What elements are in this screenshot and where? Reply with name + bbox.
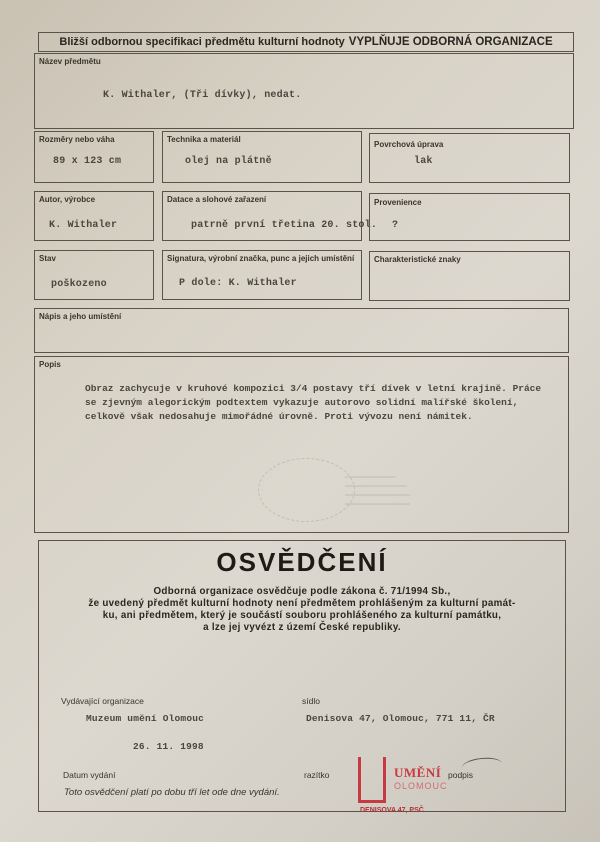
date-value: 26. 11. 1998 <box>133 741 204 752</box>
value-povrchova: lak <box>414 156 433 167</box>
label-rozmery: Rozměry nebo váha <box>39 135 115 144</box>
label-napis: Nápis a jeho umístění <box>39 312 121 321</box>
field-charakteristicke: Charakteristické znaky <box>369 251 570 301</box>
label-charakteristicke: Charakteristické znaky <box>374 255 461 264</box>
label-datace: Datace a slohové zařazení <box>167 195 266 204</box>
stamp-label: razítko <box>304 770 330 780</box>
stamp-line2: OLOMOUC <box>394 781 448 791</box>
seat-label: sídlo <box>302 696 320 706</box>
field-rozmery: Rozměry nebo váha 89 x 123 cm <box>34 131 154 183</box>
validity-note: Toto osvědčení platí po dobu tří let ode… <box>64 787 280 798</box>
certificate-body: Odborná organizace osvědčuje podle zákon… <box>45 586 559 634</box>
value-provenience: ? <box>392 220 398 231</box>
label-provenience: Provenience <box>374 198 422 207</box>
form-header: Bližší odbornou specifikaci předmětu kul… <box>38 32 574 52</box>
label-popis: Popis <box>39 360 61 369</box>
issuer-value: Muzeum umění Olomouc <box>86 713 204 724</box>
value-technika: olej na plátně <box>185 156 272 167</box>
stamp-logo-icon <box>358 757 386 803</box>
field-technika: Technika a materiál olej na plátně <box>162 131 362 183</box>
seat-value: Denisova 47, Olomouc, 771 11, ČR <box>306 713 495 724</box>
field-provenience: Provenience ? <box>369 193 570 241</box>
field-datace: Datace a slohové zařazení patrně první t… <box>162 191 362 241</box>
field-autor: Autor, výrobce K. Withaler <box>34 191 154 241</box>
faint-stamp-circle <box>258 458 355 522</box>
label-technika: Technika a materiál <box>167 135 241 144</box>
field-nazev: Název předmětu K. Withaler, (Tři dívky),… <box>34 53 574 129</box>
bleed-through-text: ▁▁▁▁▁▁▁▁▁▁▁▁▁▁▁▁▁▁▁▁▁▁▁▁▁▁▁▁▁▁▁▁▁▁▁▁▁▁▁▁… <box>345 470 475 506</box>
label-povrchova: Povrchová úprava <box>374 140 443 149</box>
value-rozmery: 89 x 123 cm <box>53 156 121 167</box>
certificate-title: OSVĚDČENÍ <box>39 547 565 578</box>
label-signatura: Signatura, výrobní značka, punc a jejich… <box>167 254 357 263</box>
label-nazev: Název předmětu <box>39 57 101 66</box>
certificate-line: že uvedený předmět kulturní hodnoty není… <box>45 598 559 610</box>
value-autor: K. Withaler <box>49 220 117 231</box>
stamp-line1: UMĚNÍ <box>394 765 441 781</box>
value-popis: Obraz zachycuje v kruhové kompozici 3/4 … <box>85 382 545 424</box>
field-napis: Nápis a jeho umístění <box>34 308 569 353</box>
date-label: Datum vydání <box>63 770 115 780</box>
value-stav: poškozeno <box>51 279 107 290</box>
label-autor: Autor, výrobce <box>39 195 95 204</box>
museum-stamp: UMĚNÍ OLOMOUC DENISOVA 47, PSČ <box>358 757 448 817</box>
label-stav: Stav <box>39 254 56 263</box>
issuer-label: Vydávající organizace <box>61 696 144 706</box>
field-stav: Stav poškozeno <box>34 250 154 300</box>
certificate-line: ku, ani předmětem, který je součástí sou… <box>45 610 559 622</box>
certificate-line: a lze jej vyvézt z území České republiky… <box>45 622 559 634</box>
header-caps-text: VYPLŇUJE ODBORNÁ ORGANIZACE <box>349 36 553 48</box>
value-signatura: P dole: K. Withaler <box>179 278 297 289</box>
certificate-line: Odborná organizace osvědčuje podle zákon… <box>45 586 559 598</box>
field-povrchova: Povrchová úprava lak <box>369 133 570 183</box>
header-text: Bližší odbornou specifikaci předmětu kul… <box>59 36 344 48</box>
field-signatura: Signatura, výrobní značka, punc a jejich… <box>162 250 362 300</box>
value-nazev: K. Withaler, (Tři dívky), nedat. <box>103 90 301 101</box>
stamp-address: DENISOVA 47, PSČ <box>360 807 424 814</box>
value-datace: patrně první třetina 20. stol. <box>191 220 377 231</box>
